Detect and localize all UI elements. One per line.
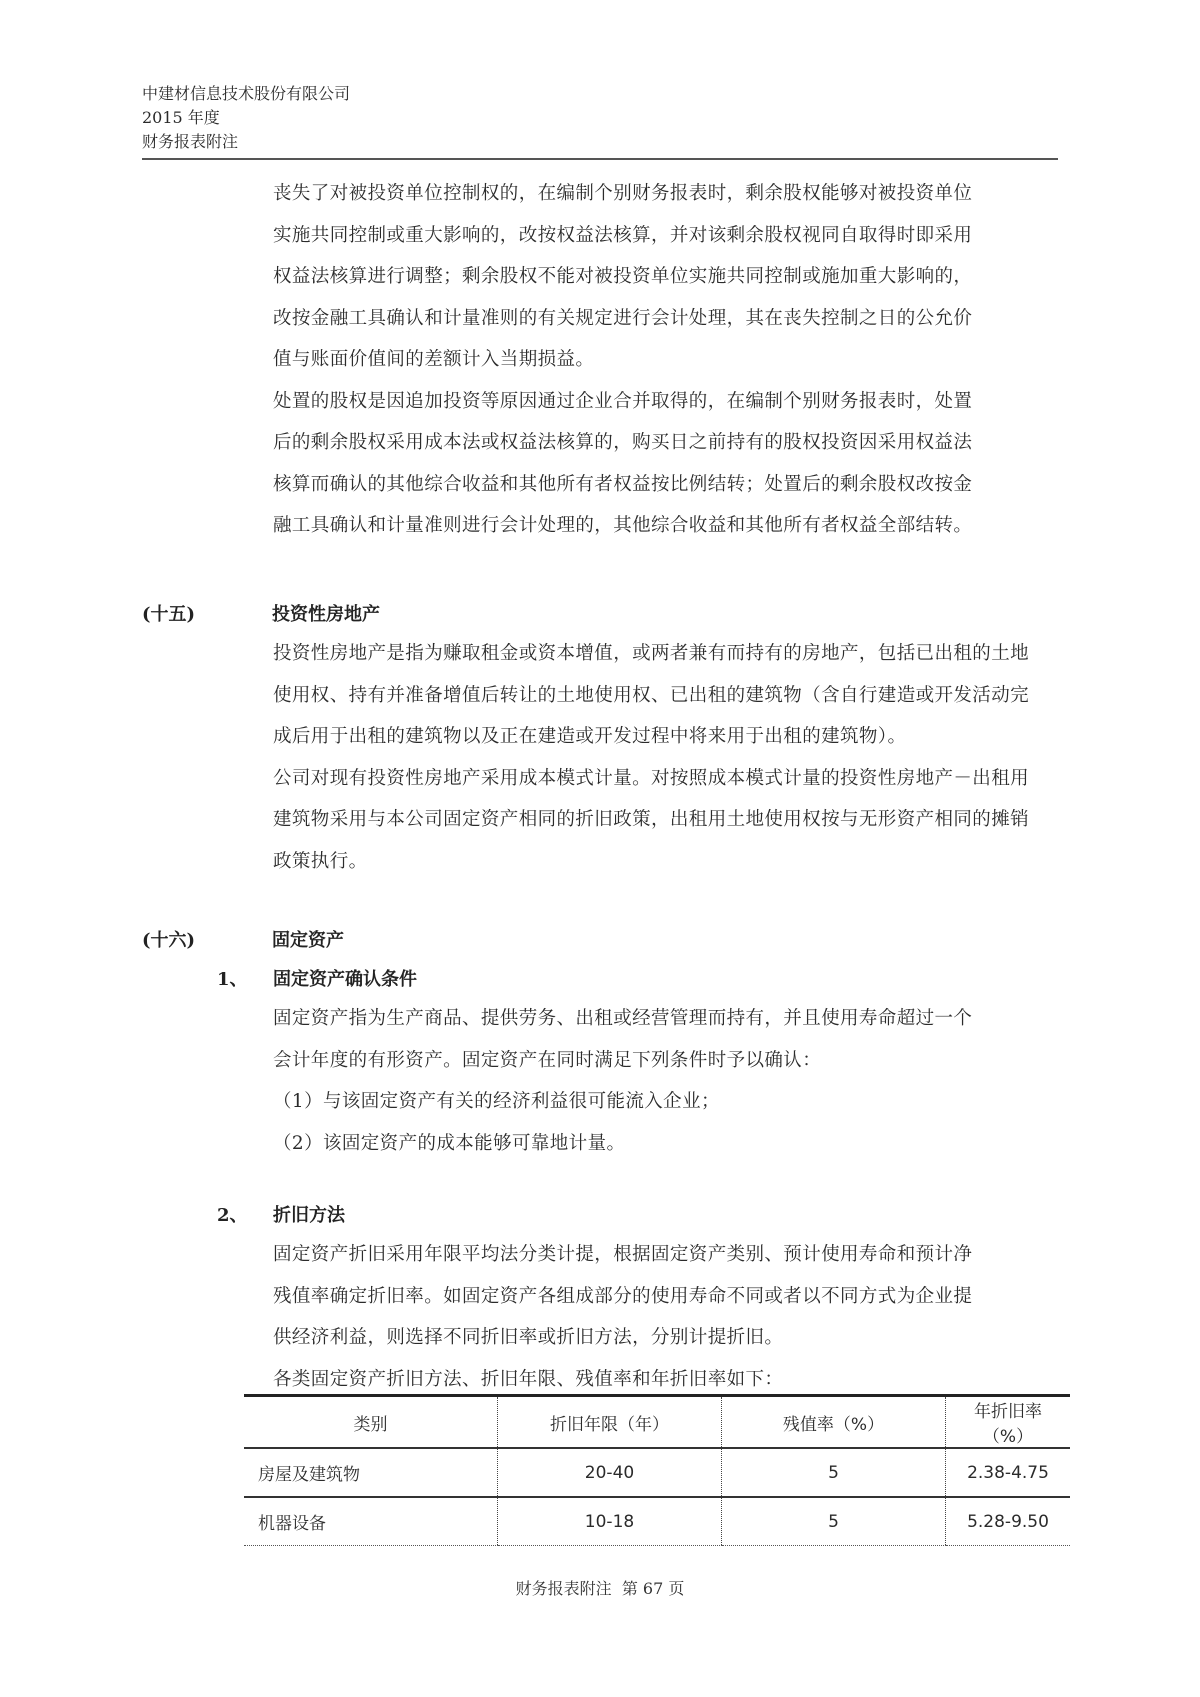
text-line: 处置的股权是因追加投资等原因通过企业合并取得的，在编制个别财务报表时，处置 — [273, 381, 1063, 423]
column-header-annual-rate: 年折旧率（%） — [946, 1396, 1071, 1449]
cell-annual-rate: 5.28-9.50 — [946, 1497, 1071, 1546]
cell-category: 机器设备 — [244, 1497, 498, 1546]
text-line: 会计年度的有形资产。固定资产在同时满足下列条件时予以确认： — [273, 1040, 1063, 1082]
subsection-number: 2、 — [217, 1201, 273, 1227]
text-line: 投资性房地产是指为赚取租金或资本增值，或两者兼有而持有的房地产，包括已出租的土地 — [273, 633, 1063, 675]
text-line: 权益法核算进行调整；剩余股权不能对被投资单位实施共同控制或施加重大影响的， — [273, 256, 1063, 298]
column-header-useful-life: 折旧年限（年） — [498, 1396, 722, 1449]
section-number: (十五) — [142, 600, 272, 626]
section-title: 固定资产 — [272, 930, 344, 951]
text-line: 实施共同控制或重大影响的，改按权益法核算，并对该剩余股权视同自取得时即采用 — [273, 215, 1063, 257]
company-name: 中建材信息技术股份有限公司 — [142, 82, 1058, 106]
investment-property-paragraph: 投资性房地产是指为赚取租金或资本增值，或两者兼有而持有的房地产，包括已出租的土地… — [273, 633, 1063, 882]
cell-residual-rate: 5 — [722, 1497, 946, 1546]
document-title: 财务报表附注 — [142, 130, 1058, 154]
subsection-title: 折旧方法 — [273, 1205, 345, 1226]
subsection-number: 1、 — [217, 965, 273, 991]
text-line: 丧失了对被投资单位控制权的，在编制个别财务报表时，剩余股权能够对被投资单位 — [273, 173, 1063, 215]
text-line: 核算而确认的其他综合收益和其他所有者权益按比例结转；处置后的剩余股权改按金 — [273, 464, 1063, 506]
text-line: 改按金融工具确认和计量准则的有关规定进行会计处理，其在丧失控制之日的公允价 — [273, 298, 1063, 340]
text-line: 值与账面价值间的差额计入当期损益。 — [273, 339, 1063, 381]
table-row: 机器设备 10-18 5 5.28-9.50 — [244, 1497, 1070, 1546]
text-line: 建筑物采用与本公司固定资产相同的折旧政策，出租用土地使用权按与无形资产相同的摊销 — [273, 799, 1063, 841]
text-line: 各类固定资产折旧方法、折旧年限、残值率和年折旧率如下： — [273, 1359, 1063, 1397]
table-row: 房屋及建筑物 20-40 5 2.38-4.75 — [244, 1448, 1070, 1497]
cell-residual-rate: 5 — [722, 1448, 946, 1497]
text-line: 使用权、持有并准备增值后转让的土地使用权、已出租的建筑物（含自行建造或开发活动完 — [273, 675, 1063, 717]
page-header: 中建材信息技术股份有限公司 2015 年度 财务报表附注 — [142, 82, 1058, 160]
text-line: 后的剩余股权采用成本法或权益法核算的，购买日之前持有的股权投资因采用权益法 — [273, 422, 1063, 464]
column-header-residual-rate: 残值率（%） — [722, 1396, 946, 1449]
intro-paragraph: 丧失了对被投资单位控制权的，在编制个别财务报表时，剩余股权能够对被投资单位 实施… — [273, 173, 1063, 547]
subsection-heading-recognition: 1、固定资产确认条件 — [217, 965, 417, 991]
depreciation-table: 类别 折旧年限（年） 残值率（%） 年折旧率（%） 房屋及建筑物 20-40 5… — [244, 1394, 1070, 1546]
section-heading-fixed-assets: (十六)固定资产 — [142, 926, 344, 952]
page-footer: 财务报表附注 第 67 页 — [0, 1576, 1200, 1599]
cell-annual-rate: 2.38-4.75 — [946, 1448, 1071, 1497]
cell-useful-life: 10-18 — [498, 1497, 722, 1546]
text-line: 政策执行。 — [273, 841, 1063, 883]
section-number: (十六) — [142, 926, 272, 952]
list-item: （1）与该固定资产有关的经济利益很可能流入企业； — [273, 1081, 1063, 1123]
subsection-heading-depreciation: 2、折旧方法 — [217, 1201, 345, 1227]
text-line: 融工具确认和计量准则进行会计处理的，其他综合收益和其他所有者权益全部结转。 — [273, 505, 1063, 547]
cell-useful-life: 20-40 — [498, 1448, 722, 1497]
text-line: 残值率确定折旧率。如固定资产各组成部分的使用寿命不同或者以不同方式为企业提 — [273, 1276, 1063, 1318]
text-line: 公司对现有投资性房地产采用成本模式计量。对按照成本模式计量的投资性房地产－出租用 — [273, 758, 1063, 800]
recognition-paragraph: 固定资产指为生产商品、提供劳务、出租或经营管理而持有，并且使用寿命超过一个 会计… — [273, 998, 1063, 1164]
text-line: 成后用于出租的建筑物以及正在建造或开发过程中将来用于出租的建筑物）。 — [273, 716, 1063, 758]
report-year: 2015 年度 — [142, 106, 1058, 130]
text-line: 固定资产折旧采用年限平均法分类计提，根据固定资产类别、预计使用寿命和预计净 — [273, 1234, 1063, 1276]
page-number: 财务报表附注 第 67 页 — [516, 1579, 685, 1598]
section-title: 投资性房地产 — [272, 604, 380, 625]
section-heading-investment-property: (十五)投资性房地产 — [142, 600, 380, 626]
list-item: （2）该固定资产的成本能够可靠地计量。 — [273, 1123, 1063, 1165]
table-header-row: 类别 折旧年限（年） 残值率（%） 年折旧率（%） — [244, 1396, 1070, 1449]
subsection-title: 固定资产确认条件 — [273, 969, 417, 990]
column-header-category: 类别 — [244, 1396, 498, 1449]
depreciation-paragraph: 固定资产折旧采用年限平均法分类计提，根据固定资产类别、预计使用寿命和预计净 残值… — [273, 1234, 1063, 1397]
text-line: 固定资产指为生产商品、提供劳务、出租或经营管理而持有，并且使用寿命超过一个 — [273, 998, 1063, 1040]
cell-category: 房屋及建筑物 — [244, 1448, 498, 1497]
text-line: 供经济利益，则选择不同折旧率或折旧方法，分别计提折旧。 — [273, 1317, 1063, 1359]
